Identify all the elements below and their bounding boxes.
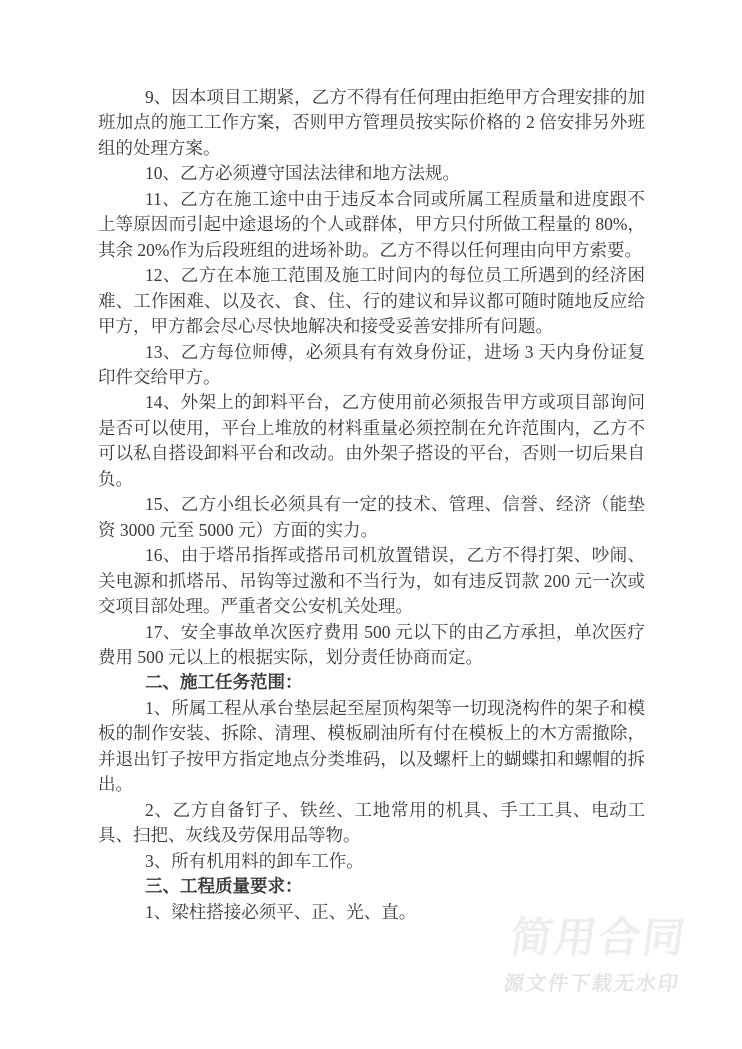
scope-item-2: 2、乙方自备钉子、铁丝、工地常用的机具、手工工具、电动工具、扫把、灰线及劳保用品… <box>98 798 645 849</box>
clause-9: 9、因本项目工期紧，乙方不得有任何理由拒绝甲方合理安排的加班加点的施工工作方案，… <box>98 85 645 161</box>
watermark-subtitle: 源文件下载无水印 <box>502 973 695 995</box>
clause-11: 11、乙方在施工途中由于违反本合同或所属工程质量和进度跟不上等原因而引起中途退场… <box>98 187 645 263</box>
clause-15: 15、乙方小组长必须具有一定的技术、管理、信誉、经济（能垫资 3000 元至 5… <box>98 492 645 543</box>
watermark: 简用合同 源文件下载无水印 <box>502 916 703 995</box>
clause-17: 17、安全事故单次医疗费用 500 元以下的由乙方承担，单次医疗费用 500 元… <box>98 620 645 671</box>
contract-page: 9、因本项目工期紧，乙方不得有任何理由拒绝甲方合理安排的加班加点的施工工作方案，… <box>0 0 742 1049</box>
clause-16: 16、由于塔吊指挥或搭吊司机放置错误，乙方不得打架、吵闹、关电源和抓塔吊、吊钩等… <box>98 543 645 619</box>
clause-13: 13、乙方每位师傅，必须具有有效身份证，进场 3 天内身份证复印件交给甲方。 <box>98 340 645 391</box>
clause-12: 12、乙方在本施工范围及施工时间内的每位员工所遇到的经济困难、工作困难、以及衣、… <box>98 263 645 339</box>
clause-10: 10、乙方必须遵守国法法律和地方法规。 <box>98 161 645 186</box>
scope-item-1: 1、所属工程从承台垫层起至屋顶构架等一切现浇构件的架子和模板的制作安装、拆除、清… <box>98 696 645 798</box>
quality-item-1: 1、梁柱搭接必须平、正、光、直。 <box>98 900 645 925</box>
clause-14: 14、外架上的卸料平台，乙方使用前必须报告甲方或项目部询问是否可以使用，平台上堆… <box>98 390 645 492</box>
section-heading-construction-scope: 二、施工任务范围： <box>98 670 645 695</box>
document-body: 9、因本项目工期紧，乙方不得有任何理由拒绝甲方合理安排的加班加点的施工工作方案，… <box>98 85 645 925</box>
scope-item-3: 3、所有机用料的卸车工作。 <box>98 849 645 874</box>
section-heading-quality-requirements: 三、工程质量要求： <box>98 874 645 899</box>
